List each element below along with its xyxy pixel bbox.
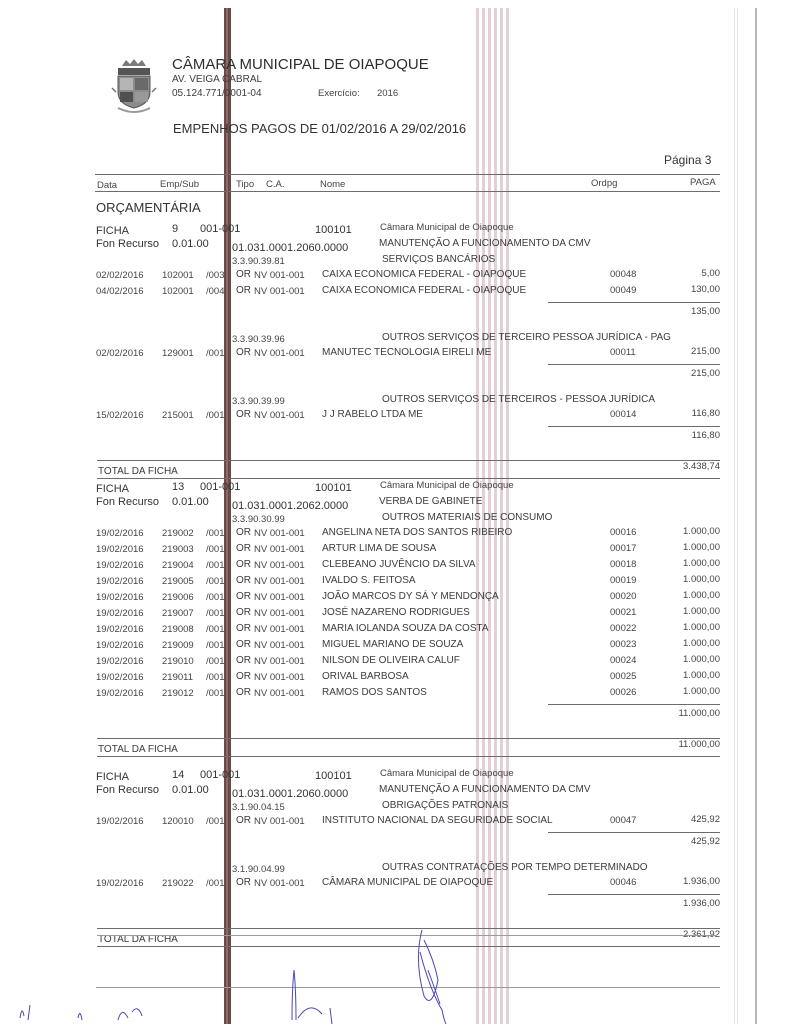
total-rule-bottom (97, 756, 720, 757)
page-edge-line (737, 8, 738, 1024)
element-code: 3.1.90.04.99 (232, 864, 285, 875)
element-code: 3.3.90.39.96 (232, 334, 285, 345)
row-date: 19/02/2016 (96, 816, 144, 827)
row-tipo: OR (236, 655, 251, 666)
subtotal-rule (548, 364, 720, 365)
row-paga: 215,00 (691, 346, 720, 357)
row-date: 02/02/2016 (96, 348, 144, 359)
ficha-number: 9 (172, 223, 178, 235)
row-nome: INSTITUTO NACIONAL DA SEGURIDADE SOCIAL (322, 815, 553, 826)
fon-recurso-label: Fon Recurso (96, 496, 159, 508)
row-sub: /001 (206, 608, 225, 619)
row-emp: 219005 (162, 576, 194, 587)
row-ordpg: 00011 (610, 347, 636, 358)
row-sub: /004 (206, 286, 225, 297)
page-edge-line (755, 8, 757, 1024)
element-name: OBRIGAÇÕES PATRONAIS (382, 800, 508, 811)
signature-mark (0, 930, 791, 1024)
row-ordpg: 00024 (610, 655, 636, 666)
program-code: 01.031.0001.2062.0000 (232, 500, 348, 512)
row-nome: IVALDO S. FEITOSA (322, 575, 416, 586)
fon-recurso-label: Fon Recurso (96, 238, 159, 250)
row-paga: 1.000,00 (683, 574, 720, 585)
subtotal-rule (548, 302, 720, 303)
row-date: 19/02/2016 (96, 640, 144, 651)
row-nome: ARTUR LIMA DE SOUSA (322, 543, 436, 554)
row-nome: ANGELINA NETA DOS SANTOS RIBEIRO (322, 527, 512, 538)
row-ordpg: 00023 (610, 639, 636, 650)
row-sub: /001 (206, 348, 225, 359)
row-emp: 120010 (162, 816, 194, 827)
col-ordpg: Ordpg (591, 178, 617, 189)
ficha-code: 001-001 (200, 481, 240, 493)
row-date: 19/02/2016 (96, 624, 144, 635)
row-nome: JOSÉ NAZARENO RODRIGUES (322, 607, 470, 618)
row-tipo: OR (236, 591, 251, 602)
row-tipo: OR (236, 575, 251, 586)
row-paga: 1.936,00 (683, 876, 720, 887)
row-date: 19/02/2016 (96, 592, 144, 603)
ficha-code: 001-001 (200, 223, 240, 235)
row-sub: /001 (206, 816, 225, 827)
row-emp: 219007 (162, 608, 194, 619)
row-date: 19/02/2016 (96, 576, 144, 587)
row-ca: NV 001-001 (254, 672, 305, 683)
subtotal-rule (548, 426, 720, 427)
element-code: 3.1.90.04.15 (232, 802, 285, 813)
row-ca: NV 001-001 (254, 816, 305, 827)
row-emp: 219009 (162, 640, 194, 651)
row-paga: 425,92 (691, 814, 720, 825)
program-name: MANUTENÇÃO A FUNCIONAMENTO DA CMV (379, 238, 591, 249)
row-tipo: OR (236, 527, 251, 538)
fon-recurso-value: 0.01.00 (172, 784, 209, 796)
row-sub: /001 (206, 640, 225, 651)
row-paga: 1.000,00 (683, 670, 720, 681)
fon-recurso-label: Fon Recurso (96, 784, 159, 796)
row-date: 19/02/2016 (96, 672, 144, 683)
exercicio-label: Exercício: (318, 88, 360, 99)
row-ordpg: 00021 (610, 607, 636, 618)
group-subtotal: 1.936,00 (683, 898, 720, 909)
row-ca: NV 001-001 (254, 592, 305, 603)
subtotal-rule (548, 894, 720, 895)
ficha-label: FICHA (96, 771, 129, 783)
row-ca: NV 001-001 (254, 576, 305, 587)
row-tipo: OR (236, 623, 251, 634)
row-paga: 1.000,00 (683, 542, 720, 553)
row-sub: /001 (206, 656, 225, 667)
institution-address: AV. VEIGA CABRAL (172, 74, 262, 85)
unit-name: Câmara Municipal de Oiapoque (380, 222, 514, 233)
row-ordpg: 00014 (610, 409, 636, 420)
row-date: 19/02/2016 (96, 528, 144, 539)
program-code: 01.031.0001.2060.0000 (232, 788, 348, 800)
row-tipo: OR (236, 607, 251, 618)
report-title: EMPENHOS PAGOS DE 01/02/2016 A 29/02/201… (173, 121, 466, 136)
program-name: VERBA DE GABINETE (379, 496, 482, 507)
row-ordpg: 00025 (610, 671, 636, 682)
row-ca: NV 001-001 (254, 608, 305, 619)
col-nome: Nome (320, 179, 345, 190)
total-label: TOTAL DA FICHA (98, 466, 178, 477)
row-nome: RAMOS DOS SANTOS (322, 687, 427, 698)
total-rule-top (97, 928, 720, 929)
row-paga: 1.000,00 (683, 686, 720, 697)
row-emp: 219012 (162, 688, 194, 699)
row-ordpg: 00020 (610, 591, 636, 602)
row-sub: /001 (206, 576, 225, 587)
row-nome: J J RABELO LTDA ME (322, 409, 423, 420)
row-paga: 130,00 (691, 284, 720, 295)
row-emp: 219003 (162, 544, 194, 555)
row-emp: 219011 (162, 672, 193, 683)
row-date: 02/02/2016 (96, 270, 144, 281)
row-ca: NV 001-001 (254, 544, 305, 555)
row-emp: 219006 (162, 592, 194, 603)
ficha-label: FICHA (96, 483, 129, 495)
row-ca: NV 001-001 (254, 348, 305, 359)
row-emp: 219010 (162, 656, 194, 667)
program-code: 01.031.0001.2060.0000 (232, 242, 348, 254)
row-sub: /001 (206, 544, 225, 555)
row-date: 19/02/2016 (96, 656, 144, 667)
row-tipo: OR (236, 543, 251, 554)
total-rule-bottom (97, 478, 720, 479)
total-value: 11.000,00 (678, 739, 720, 750)
unit-code: 100101 (315, 224, 352, 236)
col-paga: PAGA (690, 177, 716, 188)
exercicio-value: 2016 (377, 88, 398, 99)
ficha-number: 13 (172, 481, 184, 493)
page-edge-line (734, 8, 735, 1024)
row-nome: ORIVAL BARBOSA (322, 671, 409, 682)
row-tipo: OR (236, 559, 251, 570)
row-ca: NV 001-001 (254, 560, 305, 571)
col-tipo: Tipo (236, 179, 254, 190)
row-tipo: OR (236, 639, 251, 650)
row-ca: NV 001-001 (254, 640, 305, 651)
row-ca: NV 001-001 (254, 656, 305, 667)
unit-code: 100101 (315, 770, 352, 782)
row-emp: 129001 (162, 348, 194, 359)
row-ordpg: 00046 (610, 877, 636, 888)
row-paga: 1.000,00 (683, 638, 720, 649)
group-subtotal: 215,00 (691, 368, 720, 379)
row-sub: /001 (206, 528, 225, 539)
group-subtotal: 135,00 (691, 306, 720, 317)
row-emp: 102001 (162, 270, 194, 281)
row-ca: NV 001-001 (254, 528, 305, 539)
row-date: 04/02/2016 (96, 286, 144, 297)
row-tipo: OR (236, 347, 251, 358)
row-ca: NV 001-001 (254, 624, 305, 635)
row-emp: 215001 (162, 410, 194, 421)
unit-code: 100101 (315, 482, 352, 494)
element-code: 3.3.90.39.81 (232, 256, 285, 267)
row-date: 19/02/2016 (96, 688, 144, 699)
row-ordpg: 00017 (610, 543, 636, 554)
row-nome: MIGUEL MARIANO DE SOUZA (322, 639, 463, 650)
ficha-number: 14 (172, 769, 184, 781)
row-nome: MANUTEC TECNOLOGIA EIRELI ME (322, 347, 491, 358)
row-nome: CLEBEANO JUVÊNCIO DA SILVA (322, 559, 476, 570)
row-sub: /001 (206, 624, 225, 635)
row-sub: /001 (206, 878, 225, 889)
row-date: 19/02/2016 (96, 560, 144, 571)
row-ordpg: 00019 (610, 575, 636, 586)
row-ordpg: 00047 (610, 815, 636, 826)
header-rule-top (95, 174, 720, 175)
row-tipo: OR (236, 409, 251, 420)
row-ordpg: 00022 (610, 623, 636, 634)
row-nome: CÂMARA MUNICIPAL DE OIAPOQUE (322, 877, 493, 888)
row-paga: 1.000,00 (683, 558, 720, 569)
row-ordpg: 00048 (610, 269, 636, 280)
row-sub: /001 (206, 592, 225, 603)
row-tipo: OR (236, 877, 251, 888)
row-date: 19/02/2016 (96, 544, 144, 555)
col-data: Data (97, 180, 117, 191)
subtotal-rule (548, 832, 720, 833)
row-ca: NV 001-001 (254, 286, 305, 297)
row-date: 15/02/2016 (96, 410, 144, 421)
row-emp: 219022 (162, 878, 194, 889)
col-emp-sub: Emp/Sub (160, 179, 199, 190)
page-number: Página 3 (664, 153, 711, 167)
element-name: OUTRAS CONTRATAÇÕES POR TEMPO DETERMINAD… (382, 862, 648, 873)
total-value: 3.438,74 (683, 461, 720, 472)
row-ca: NV 001-001 (254, 878, 305, 889)
subtotal-rule (548, 704, 720, 705)
row-paga: 1.000,00 (683, 606, 720, 617)
row-paga: 1.000,00 (683, 622, 720, 633)
section-title: ORÇAMENTÁRIA (96, 200, 201, 215)
row-ordpg: 00018 (610, 559, 636, 570)
total-label: TOTAL DA FICHA (98, 744, 178, 755)
row-tipo: OR (236, 671, 251, 682)
row-nome: CAIXA ECONOMICA FEDERAL - OIAPOQUE (322, 285, 526, 296)
row-sub: /001 (206, 672, 225, 683)
institution-cnpj: 05.124.771/0001-04 (172, 88, 262, 99)
ficha-code: 001-001 (200, 769, 240, 781)
row-paga: 1.000,00 (683, 590, 720, 601)
col-ca: C.A. (266, 179, 284, 190)
group-subtotal: 116,80 (692, 430, 720, 441)
total-rule-top (97, 460, 720, 461)
row-ordpg: 00049 (610, 285, 636, 296)
unit-name: Câmara Municipal de Oiapoque (380, 480, 514, 491)
scanner-artifact-bar-highlight (226, 8, 228, 1024)
element-name: OUTROS SERVIÇOS DE TERCEIRO PESSOA JURÍD… (382, 332, 671, 343)
unit-name: Câmara Municipal de Oiapoque (380, 768, 514, 779)
row-sub: /003 (206, 270, 225, 281)
row-paga: 116,80 (692, 408, 720, 419)
row-ca: NV 001-001 (254, 688, 305, 699)
element-name: OUTROS MATERIAIS DE CONSUMO (382, 512, 552, 523)
total-rule-top (97, 738, 720, 739)
row-ca: NV 001-001 (254, 410, 305, 421)
program-name: MANUTENÇÃO A FUNCIONAMENTO DA CMV (379, 784, 591, 795)
row-date: 19/02/2016 (96, 608, 144, 619)
row-nome: MARIA IOLANDA SOUZA DA COSTA (322, 623, 489, 634)
fon-recurso-value: 0.01.00 (172, 238, 209, 250)
row-tipo: OR (236, 687, 251, 698)
header-rule-bottom (95, 191, 720, 192)
row-date: 19/02/2016 (96, 878, 144, 889)
group-subtotal: 11.000,00 (678, 708, 720, 719)
element-name: SERVIÇOS BANCÁRIOS (382, 254, 495, 265)
row-sub: /001 (206, 688, 225, 699)
row-ordpg: 00026 (610, 687, 636, 698)
row-sub: /001 (206, 410, 225, 421)
row-tipo: OR (236, 285, 251, 296)
row-paga: 1.000,00 (683, 654, 720, 665)
institution-name: CÂMARA MUNICIPAL DE OIAPOQUE (172, 56, 429, 73)
row-emp: 219002 (162, 528, 194, 539)
row-nome: NILSON DE OLIVEIRA CALUF (322, 655, 460, 666)
row-emp: 219004 (162, 560, 194, 571)
row-paga: 1.000,00 (683, 526, 720, 537)
municipal-coat-of-arms-icon (108, 58, 160, 114)
ficha-label: FICHA (96, 225, 129, 237)
element-name: OUTROS SERVIÇOS DE TERCEIROS - PESSOA JU… (382, 394, 655, 405)
element-code: 3.3.90.39.99 (232, 396, 285, 407)
row-ordpg: 00016 (610, 527, 636, 538)
row-ca: NV 001-001 (254, 270, 305, 281)
group-subtotal: 425,92 (691, 836, 720, 847)
row-sub: /001 (206, 560, 225, 571)
fon-recurso-value: 0.01.00 (172, 496, 209, 508)
element-code: 3.3.90.30.99 (232, 514, 285, 525)
row-paga: 5,00 (702, 268, 721, 279)
row-emp: 102001 (162, 286, 194, 297)
row-tipo: OR (236, 269, 251, 280)
row-nome: CAIXA ECONOMICA FEDERAL - OIAPOQUE (322, 269, 526, 280)
row-nome: JOÃO MARCOS DY SÁ Y MENDONÇA (322, 591, 499, 602)
row-emp: 219008 (162, 624, 194, 635)
row-tipo: OR (236, 815, 251, 826)
